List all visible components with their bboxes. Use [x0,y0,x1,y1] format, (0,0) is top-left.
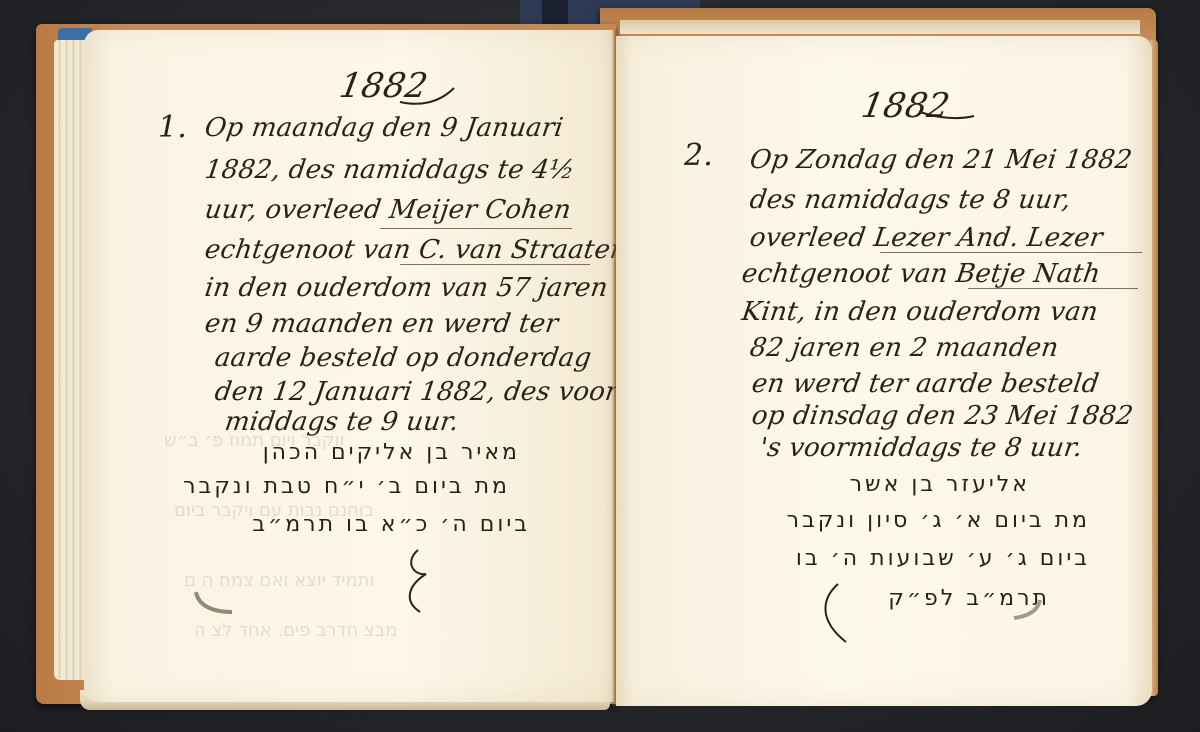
left-line-3: uur, overleed Meijer Cohen [202,190,573,230]
background-slot [542,0,568,26]
left-hebrew-line-3: ביום ה׳ כ״א בו תרמ״ב [240,512,530,537]
bleed-through-text: מבצ חדרב פים. אחד לצ ה [194,620,397,641]
right-entry-number: 2. [684,138,713,173]
right-hebrew-line-2: מת ביום א׳ ג׳ סיון ונקבר [760,508,1090,533]
ink-smudge [192,588,242,618]
left-line-5: in den ouderdom van 57 jaren [202,268,610,308]
left-line-9: middags te 9 uur. [222,402,461,442]
right-line-2: des namiddags te 8 uur, [747,180,1073,220]
name-underline [968,288,1138,289]
left-hebrew-line-2: מת ביום ב׳ י״ח טבת ונקבר [190,474,510,499]
right-line-6: 82 jaren en 2 maanden [747,328,1061,368]
year-flourish [398,84,458,108]
left-hebrew-line-1: מאיר בן אליקים הכהן [220,440,520,465]
right-hebrew-line-3: ביום ג׳ ע׳ שבועות ה׳ בו [760,546,1090,571]
ink-smudge [1010,598,1050,622]
lamed-flourish [816,580,866,650]
right-line-5: Kint, in den ouderdom van [739,292,1100,332]
right-line-1: Op Zondag den 21 Mei 1882 [747,140,1135,180]
left-entry-number: 1. [158,110,187,145]
right-hebrew-line-1: אליעזר בן אשר [790,472,1030,497]
name-underline [380,228,572,229]
name-underline [880,252,1142,253]
name-underline [400,264,590,265]
year-flourish [918,100,978,122]
right-line-9: 's voormiddags te 8 uur. [757,428,1085,468]
left-line-1: Op maandag den 9 Januari [202,108,566,148]
photo-stage: ווקבר ויום תמוז פ׳ ב״ש בוחנם נבות עם ויק… [0,0,1200,732]
left-line-2: 1882, des namiddags te 4½ [202,150,577,190]
lamed-flourish [400,548,440,618]
page-stack-top-edge [620,20,1140,34]
